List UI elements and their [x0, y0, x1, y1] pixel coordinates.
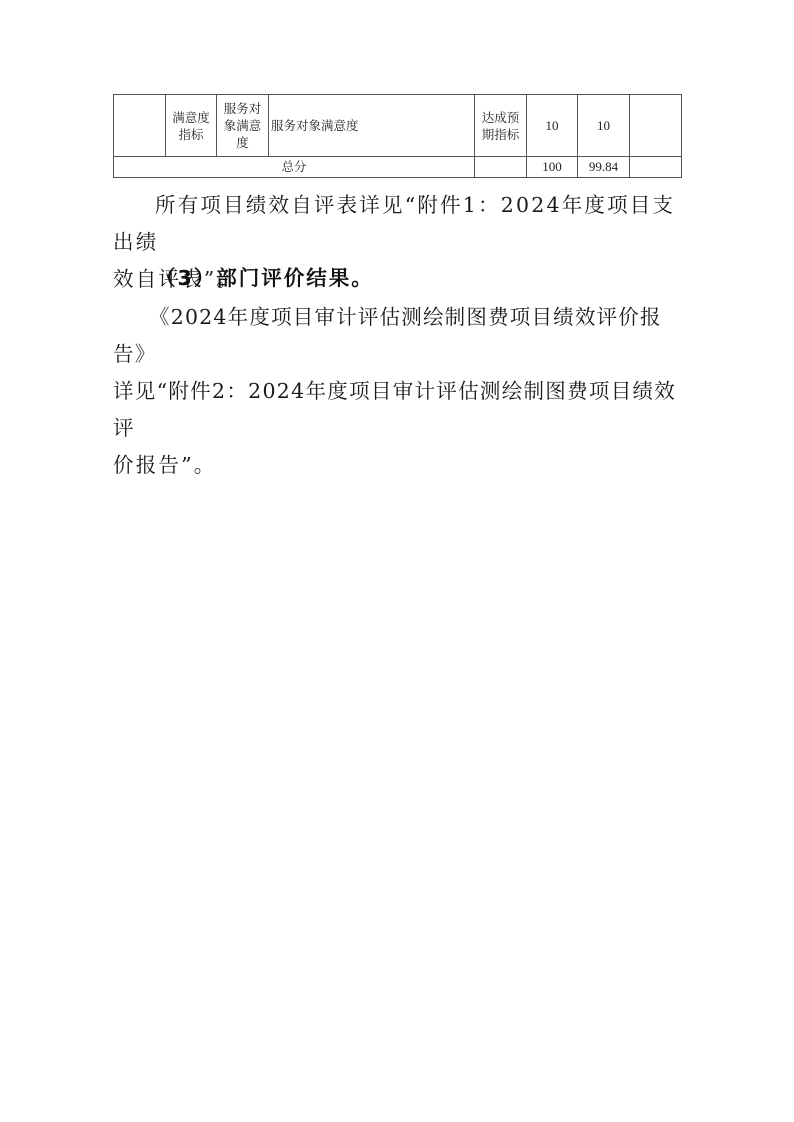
- table-row: 满意度指标 服务对象满意度 服务对象满意度 10 达成预期指标 10 10: [114, 95, 682, 157]
- indicator-level3-cell: 服务对象满意度: [217, 95, 269, 157]
- paragraph-line: 价报告”。: [113, 447, 683, 484]
- section-heading: （3）部门评价结果。: [155, 260, 374, 297]
- category-cell: [114, 95, 166, 157]
- indicator-content-cell: 服务对象满意度: [269, 95, 475, 157]
- score-cell: 10: [578, 95, 630, 157]
- paragraph-line: 详见“附件2：2024年度项目审计评估测绘制图费项目绩效评: [113, 373, 683, 447]
- indicator-level2-cell: 满意度指标: [166, 95, 217, 157]
- total-label-cell: 总分: [114, 157, 475, 178]
- remark-cell: [630, 95, 682, 157]
- total-remark-cell: [630, 157, 682, 178]
- total-full-score-cell: 100: [527, 157, 578, 178]
- full-score-cell: 10: [527, 95, 578, 157]
- paragraph-line: 《2024年度项目审计评估测绘制图费项目绩效评价报告》: [113, 305, 662, 366]
- total-row: 总分 100 99.84: [114, 157, 682, 178]
- document-page: 满意度指标 服务对象满意度 服务对象满意度 10 达成预期指标 10 10 总分…: [0, 0, 794, 1122]
- target-cell: 达成预期指标: [475, 95, 527, 157]
- paragraph-line: 所有项目绩效自评表详见“附件1：2024年度项目支出绩: [113, 193, 675, 254]
- total-blank-cell: [475, 157, 527, 178]
- evaluation-report-paragraph: 《2024年度项目审计评估测绘制图费项目绩效评价报告》 详见“附件2：2024年…: [113, 299, 683, 484]
- total-score-cell: 99.84: [578, 157, 630, 178]
- performance-score-table: 满意度指标 服务对象满意度 服务对象满意度 10 达成预期指标 10 10 总分…: [113, 94, 682, 178]
